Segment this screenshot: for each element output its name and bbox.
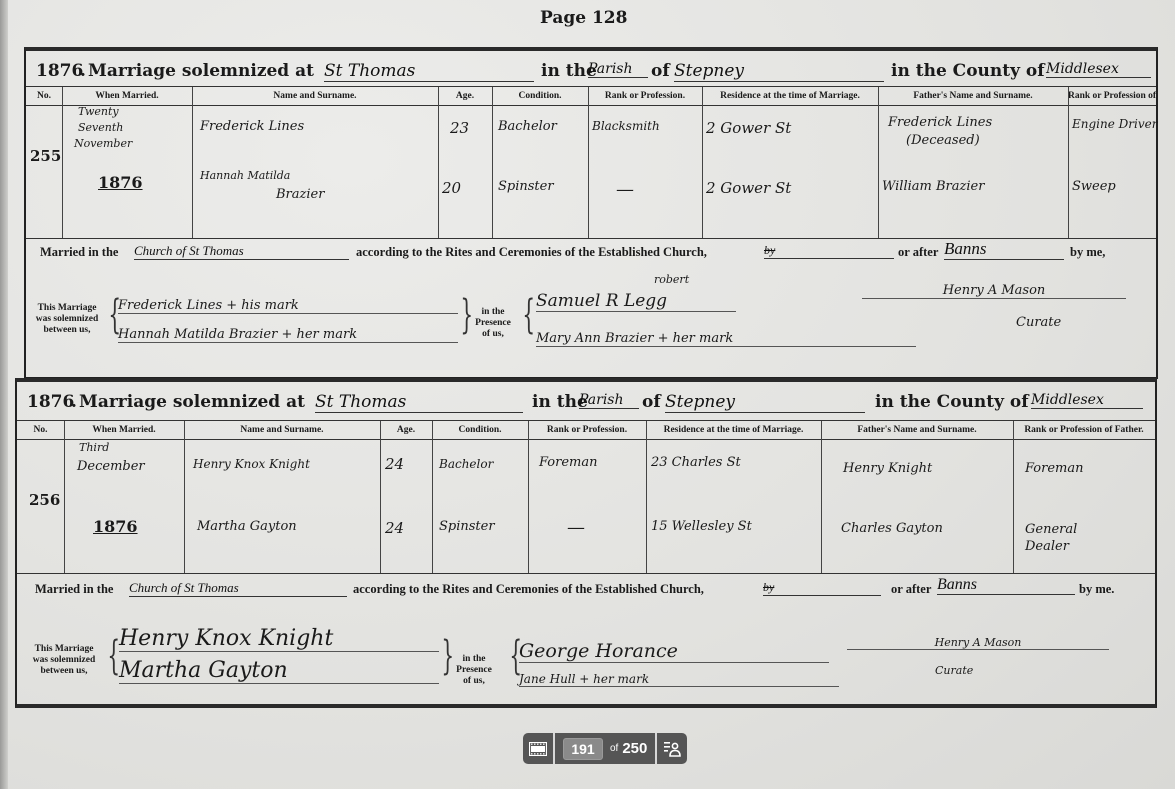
- col-header-no: No.: [26, 87, 62, 106]
- record-heading: 1876 . Marriage solemnized at St Thomas …: [27, 388, 1149, 416]
- col-header-father: Father's Name and Surname.: [821, 421, 1013, 440]
- groom-age: 24: [385, 455, 404, 473]
- district-type-value: Parish: [588, 61, 648, 78]
- column-divider: [528, 421, 529, 574]
- col-header-rank: Rank or Profession.: [528, 421, 646, 440]
- col-header-no: No.: [17, 421, 64, 440]
- page-edge-shadow: [0, 0, 8, 789]
- marriage-record-255: 1876 . Marriage solemnized at St Thomas …: [24, 47, 1158, 379]
- col-header-age: Age.: [380, 421, 432, 440]
- county-value: Middlesex: [1046, 61, 1151, 78]
- column-divider: [62, 87, 63, 239]
- column-divider: [184, 421, 185, 574]
- bride-father-profession: Sweep: [1072, 179, 1116, 194]
- place-value: St Thomas: [324, 61, 534, 82]
- record-year: 1876: [27, 392, 74, 412]
- groom-signature: Henry Knox Knight: [119, 626, 439, 652]
- witness1-annotation: robert: [654, 273, 689, 286]
- record-year: 1876: [36, 61, 83, 81]
- groom-age: 23: [450, 119, 469, 137]
- bride-age: 24: [385, 519, 404, 537]
- register-table: No. When Married. Name and Surname. Age.…: [17, 420, 1155, 574]
- current-page-input[interactable]: [563, 738, 603, 760]
- married-in-label: Married in the: [40, 245, 118, 260]
- column-divider: [1068, 87, 1069, 239]
- when-married-year: 1876: [93, 517, 138, 536]
- groom-profession: Foreman: [539, 455, 598, 470]
- officiant-title: Curate: [1016, 315, 1061, 330]
- married-in-value: Church of St Thomas: [134, 243, 349, 260]
- officiant-signature: Henry A Mason: [862, 283, 1126, 299]
- column-divider: [64, 421, 65, 574]
- col-header-father: Father's Name and Surname.: [878, 87, 1068, 106]
- rites-text: according to the Rites and Ceremonies of…: [353, 582, 704, 597]
- groom-father-name: Henry Knight: [843, 461, 932, 476]
- bride-profession: —: [567, 517, 585, 538]
- total-pages: 250: [622, 740, 647, 757]
- parish-value: Stepney: [674, 61, 884, 82]
- groom-signature: Frederick Lines + his mark: [118, 298, 458, 314]
- register-table: No. When Married. Name and Surname. Age.…: [26, 86, 1156, 239]
- groom-father-name: Frederick Lines: [888, 115, 992, 130]
- groom-condition: Bachelor: [439, 457, 493, 471]
- or-after-label: or after: [898, 245, 938, 260]
- bride-father-name: Charles Gayton: [841, 521, 943, 536]
- col-header-father-rank: Rank or Profession of Father.: [1068, 87, 1156, 106]
- entry-number: 256: [29, 491, 60, 509]
- by-me-label: by me.: [1079, 582, 1114, 597]
- thumbnail-strip-button[interactable]: [523, 733, 553, 764]
- groom-residence: 2 Gower St: [706, 119, 791, 137]
- groom-father-profession: Foreman: [1025, 461, 1084, 476]
- page-navigator: of 250: [555, 733, 655, 764]
- when-married-line1: Twenty: [78, 105, 119, 118]
- place-value: St Thomas: [315, 392, 523, 413]
- county-label: in the County of: [891, 61, 1045, 81]
- column-divider: [1013, 421, 1014, 574]
- witness2-signature: Mary Ann Brazier + her mark: [536, 331, 916, 347]
- col-header-rank: Rank or Profession.: [588, 87, 702, 106]
- of-label: of: [651, 61, 670, 81]
- when-married-line2: Seventh: [78, 121, 123, 134]
- col-header-residence: Residence at the time of Marriage.: [702, 87, 878, 106]
- bride-residence: 2 Gower St: [706, 179, 791, 197]
- record-heading: 1876 . Marriage solemnized at St Thomas …: [36, 57, 1150, 85]
- parish-value: Stepney: [665, 392, 865, 413]
- col-header-when: When Married.: [64, 421, 184, 440]
- image-viewer-toolbar: of 250: [523, 733, 687, 764]
- bride-signature: Martha Gayton: [119, 658, 439, 684]
- col-header-father-rank: Rank or Profession of Father.: [1013, 421, 1155, 440]
- groom-name: Henry Knox Knight: [193, 457, 310, 471]
- column-divider: [588, 87, 589, 239]
- when-married-year: 1876: [98, 173, 143, 192]
- bride-residence: 15 Wellesley St: [651, 519, 752, 534]
- county-label: in the County of: [875, 392, 1029, 412]
- groom-father-profession: Engine Driver: [1072, 117, 1157, 131]
- column-divider: [492, 87, 493, 239]
- col-header-condition: Condition.: [492, 87, 588, 106]
- col-header-name: Name and Surname.: [184, 421, 380, 440]
- people-list-icon: [663, 740, 681, 758]
- bride-father-name: William Brazier: [882, 179, 984, 194]
- column-divider: [438, 87, 439, 239]
- witness1-signature: George Horance: [519, 640, 829, 663]
- district-type-value: Parish: [579, 392, 639, 409]
- bride-name-line1: Hannah Matilda: [200, 169, 290, 182]
- column-divider: [646, 421, 647, 574]
- by-license-value: by: [763, 580, 881, 596]
- groom-profession: Blacksmith: [592, 119, 660, 133]
- bride-profession: —: [616, 179, 634, 200]
- marriage-record-256: 1876 . Marriage solemnized at St Thomas …: [15, 378, 1157, 708]
- column-divider: [702, 87, 703, 239]
- bride-name-line1: Martha Gayton: [197, 519, 297, 534]
- when-married-line3: November: [74, 137, 132, 150]
- page-title: Page 128: [540, 8, 627, 28]
- groom-name: Frederick Lines: [200, 119, 304, 134]
- column-divider: [821, 421, 822, 574]
- col-header-condition: Condition.: [432, 421, 528, 440]
- bride-age: 20: [442, 179, 461, 197]
- solemnized-label: Marriage solemnized at: [79, 392, 305, 412]
- witness2-signature: Jane Hull + her mark: [519, 672, 839, 687]
- or-after-label: or after: [891, 582, 931, 597]
- groom-condition: Bachelor: [498, 119, 557, 134]
- officiant-signature: Henry A Mason: [847, 636, 1109, 650]
- married-in-label: Married in the: [35, 582, 113, 597]
- section-divider: [17, 573, 1155, 574]
- bride-condition: Spinster: [498, 179, 554, 194]
- bride-father-profession: General Dealer: [1025, 521, 1095, 555]
- when-married-line2: December: [77, 459, 145, 474]
- col-header-when: When Married.: [62, 87, 192, 106]
- col-header-age: Age.: [438, 87, 492, 106]
- rites-text: according to the Rites and Ceremonies of…: [356, 245, 707, 260]
- col-header-name: Name and Surname.: [192, 87, 438, 106]
- witness1-signature: Samuel R Legg: [536, 291, 736, 312]
- of-label: of: [610, 743, 618, 754]
- married-in-value: Church of St Thomas: [129, 580, 347, 597]
- column-divider: [380, 421, 381, 574]
- by-license-value: by: [764, 243, 894, 259]
- filmstrip-icon: [529, 742, 547, 756]
- of-label: of: [642, 392, 661, 412]
- index-panel-button[interactable]: [657, 733, 687, 764]
- when-married-line1: Third: [79, 441, 109, 454]
- or-after-value: Banns: [944, 239, 1064, 260]
- or-after-value: Banns: [937, 576, 1075, 595]
- groom-father-note: (Deceased): [906, 133, 980, 148]
- between-us-label: This Marriage was solemnized between us,: [27, 644, 101, 677]
- groom-residence: 23 Charles St: [651, 455, 741, 470]
- between-us-label: This Marriage was solemnized between us,: [30, 303, 104, 336]
- presence-label: in the Presence of us,: [468, 307, 518, 340]
- column-divider: [878, 87, 879, 239]
- solemnized-label: Marriage solemnized at: [88, 61, 314, 81]
- bride-name-line2: Brazier: [276, 187, 324, 202]
- bride-signature: Hannah Matilda Brazier + her mark: [118, 327, 458, 343]
- bride-condition: Spinster: [439, 519, 495, 534]
- presence-label: in the Presence of us,: [449, 654, 499, 687]
- brace-witness: {: [522, 295, 535, 335]
- county-value: Middlesex: [1031, 392, 1143, 409]
- column-divider: [432, 421, 433, 574]
- column-divider: [192, 87, 193, 239]
- by-me-label: by me,: [1070, 245, 1105, 260]
- col-header-residence: Residence at the time of Marriage.: [646, 421, 821, 440]
- officiant-title: Curate: [935, 664, 973, 677]
- entry-number: 255: [30, 147, 61, 165]
